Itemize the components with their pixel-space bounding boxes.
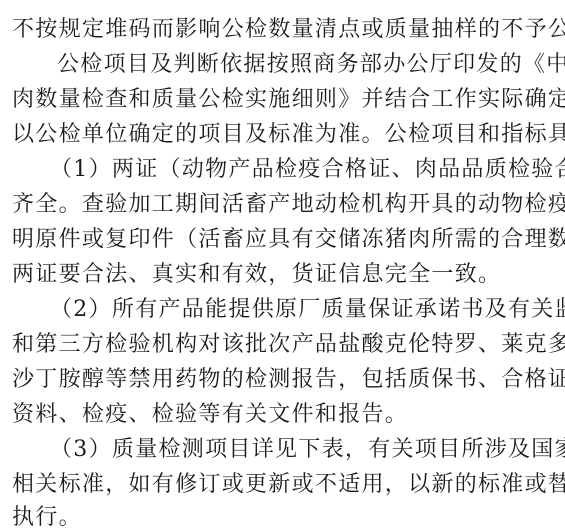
text-line: 资料、检疫、检验等有关文件和报告。 — [12, 400, 557, 430]
text-line: 不按规定堆码而影响公检数量清点或质量抽样的不予公检。 — [12, 15, 557, 45]
text-line: 和第三方检验机构对该批次产品盐酸克伦特罗、莱克多巴胺、 — [12, 330, 557, 360]
text-line: （3）质量检测项目详见下表，有关项目所涉及国家标准或 — [50, 435, 550, 465]
text-line: 相关标准，如有修订或更新或不适用，以新的标准或替代标准 — [12, 470, 557, 500]
text-line: （1）两证（动物产品检疫合格证、肉品品质检验合格证） — [50, 155, 550, 185]
text-line: 以公检单位确定的项目及标准为准。公检项目和指标具体如下： — [12, 120, 557, 150]
text-line: 沙丁胺醇等禁用药物的检测报告，包括质保书、合格证、文档 — [12, 365, 557, 395]
text-line: 明原件或复印件（活畜应具有交储冻猪肉所需的合理数量）， — [12, 225, 557, 255]
text-line: 齐全。查验加工期间活畜产地动检机构开具的动物检疫合格证 — [12, 190, 557, 220]
document-page: 不按规定堆码而影响公检数量清点或质量抽样的不予公检。 公检项目及判断依据按照商务… — [0, 0, 565, 532]
text-line: 执行。 — [12, 503, 557, 532]
text-line: （2）所有产品能提供原厂质量保证承诺书及有关监管部门 — [50, 295, 550, 325]
text-line: 肉数量检查和质量公检实施细则》并结合工作实际确定，具体 — [12, 85, 557, 115]
text-line: 公检项目及判断依据按照商务部办公厅印发的《中央储备 — [57, 50, 557, 80]
text-line: 两证要合法、真实和有效，货证信息完全一致。 — [12, 260, 557, 290]
